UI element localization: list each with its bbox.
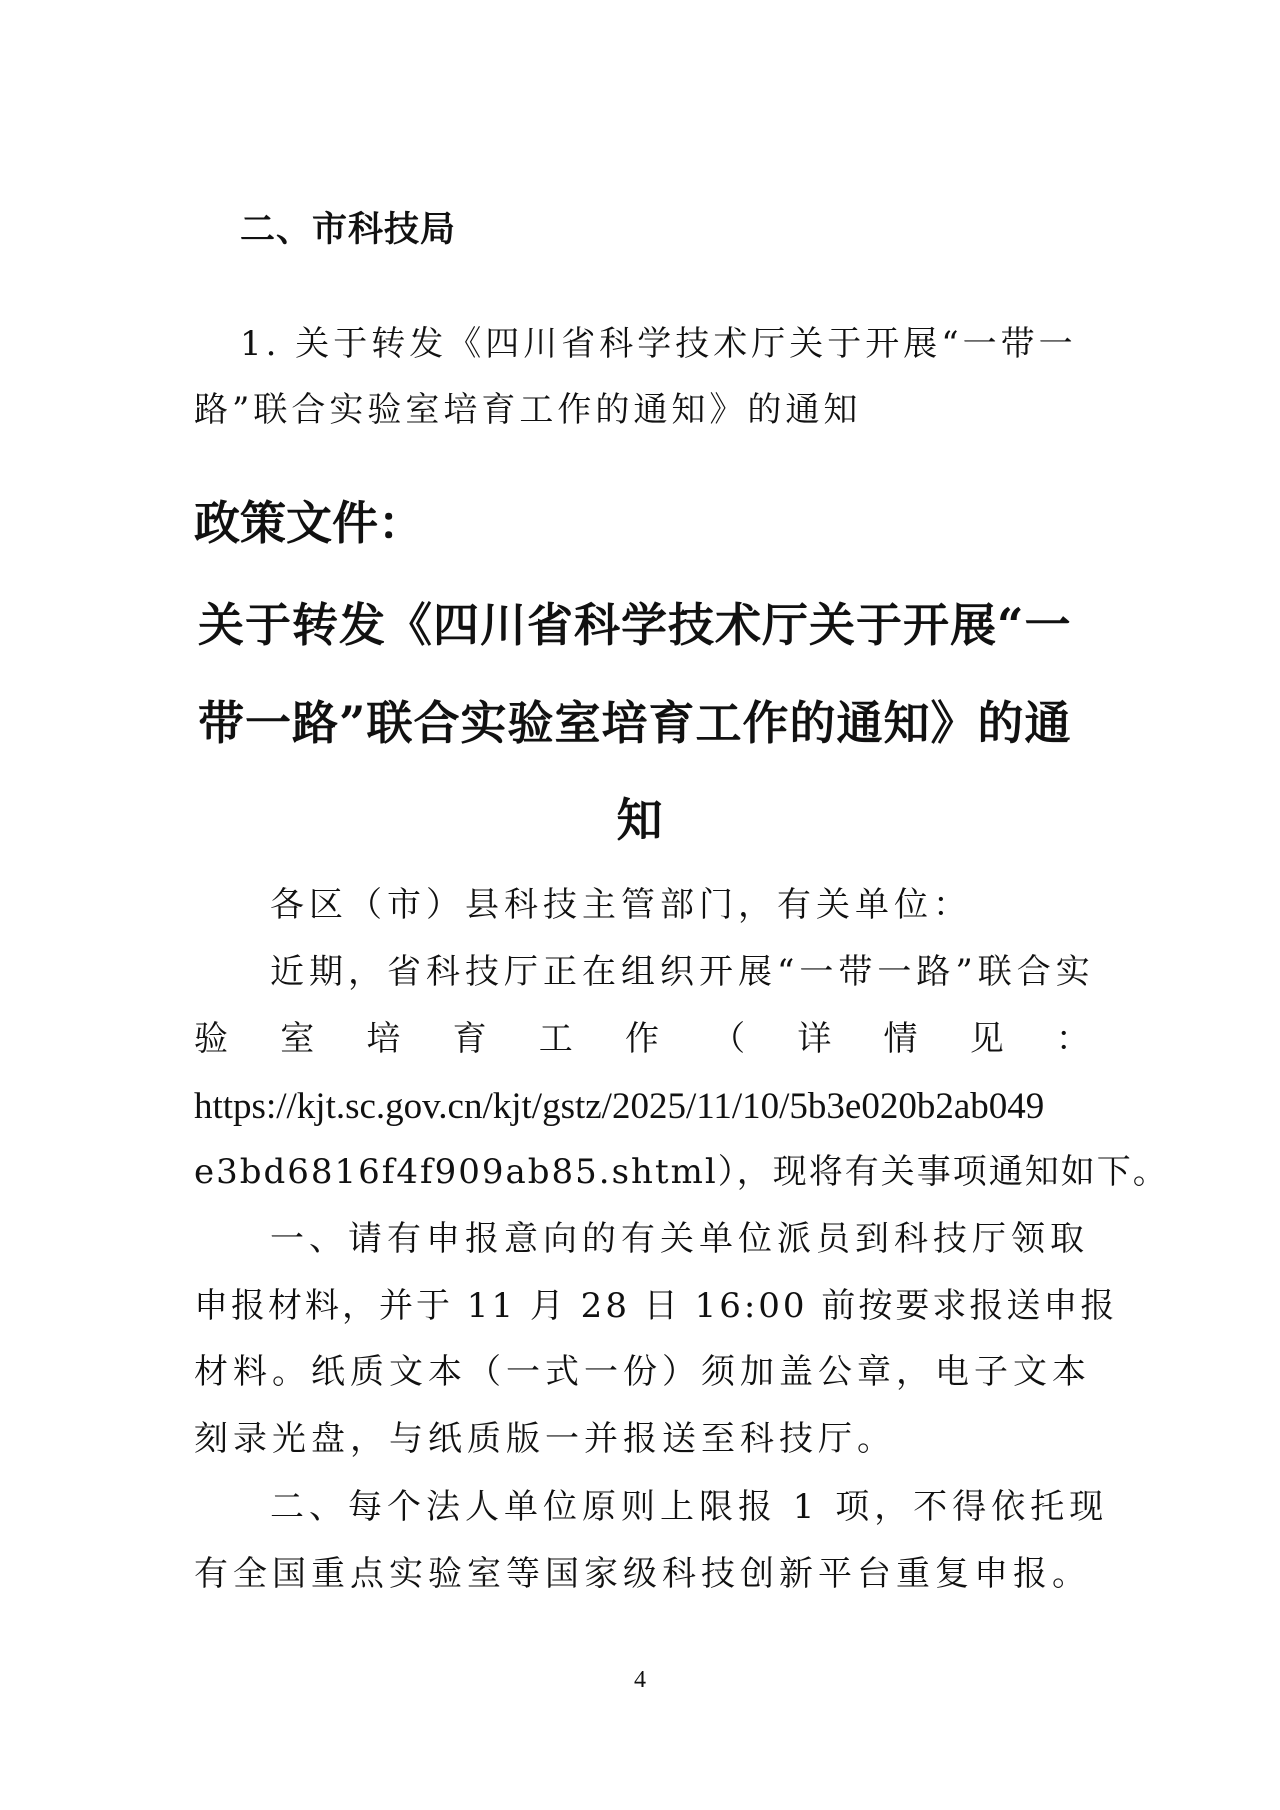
section-heading: 二、市科技局: [240, 213, 456, 248]
salutation: 各区（市）县科技主管部门，有关单位：: [270, 888, 972, 922]
justified-char: 培: [366, 1022, 400, 1056]
paragraph-3-line-2: 有全国重点实验室等国家级科技创新平台重复申报。: [194, 1557, 1091, 1591]
justified-char: 室: [280, 1022, 314, 1056]
document-page: 二、市科技局 1. 关于转发《四川省科学技术厅关于开展“一带一 路”联合实验室培…: [0, 0, 1280, 1810]
item-title-line-1: 1. 关于转发《四川省科学技术厅关于开展“一带一: [240, 327, 1077, 361]
justified-char: 验: [194, 1022, 228, 1056]
paragraph-2-line-1: 一、请有申报意向的有关单位派员到科技厅领取: [270, 1222, 1089, 1256]
justified-char: ：: [1056, 1022, 1090, 1056]
paragraph-3-line-1: 二、每个法人单位原则上限报 1 项，不得依托现: [270, 1490, 1108, 1524]
paragraph-2-line-2: 申报材料，并于 11 月 28 日 16:00 前按要求报送申报: [194, 1289, 1117, 1323]
document-title-line-1: 关于转发《四川省科学技术厅关于开展“一: [198, 602, 1071, 648]
policy-label: 政策文件：: [194, 500, 424, 546]
justified-char: 工: [539, 1022, 573, 1056]
detail-url-line-1: https://kjt.sc.gov.cn/kjt/gstz/2025/11/1…: [194, 1088, 1044, 1125]
page-number: 4: [0, 1668, 1280, 1692]
document-title-line-3: 知: [0, 797, 1280, 843]
justified-char: 见: [970, 1022, 1004, 1056]
item-title-line-2: 路”联合实验室培育工作的通知》的通知: [194, 393, 861, 427]
justified-char: 作: [625, 1022, 659, 1056]
justified-char: 详: [797, 1022, 831, 1056]
justified-char: （: [711, 1022, 745, 1056]
paragraph-1-line-2: 验 室 培 育 工 作 （ 详 情 见 ：: [194, 1022, 1090, 1056]
paragraph-1-line-1: 近期，省科技厅正在组织开展“一带一路”联合实: [270, 955, 1095, 989]
document-title-line-2: 带一路”联合实验室培育工作的通知》的通: [198, 700, 1071, 746]
justified-char: 情: [884, 1022, 918, 1056]
justified-char: 育: [453, 1022, 487, 1056]
paragraph-2-line-3: 材料。纸质文本（一式一份）须加盖公章，电子文本: [194, 1355, 1091, 1389]
paragraph-2-line-4: 刻录光盘，与纸质版一并报送至科技厅。: [194, 1422, 896, 1456]
paragraph-1-line-4: e3bd6816f4f909ab85.shtml），现将有关事项通知如下。: [194, 1155, 1169, 1189]
